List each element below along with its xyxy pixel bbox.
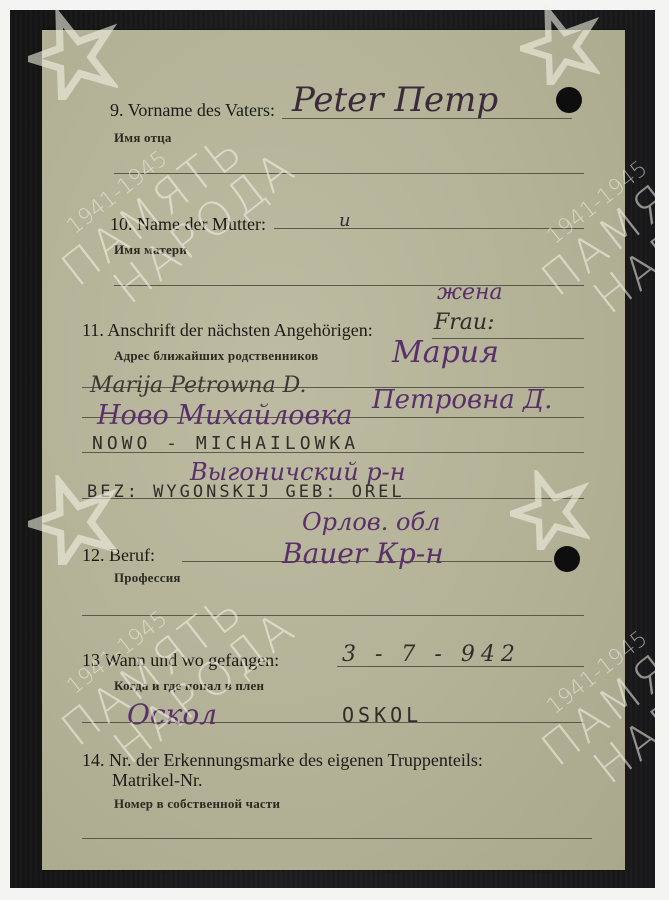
- field-11-label-de: 11. Anschrift der nächsten Angehörigen:: [82, 320, 373, 341]
- field-14-label-de-text: Nr. der Erkennungsmarke des eigenen Trup…: [109, 750, 483, 770]
- field-9-label-de: 9. Vorname des Vaters:: [110, 100, 275, 121]
- field-9-line-2: [114, 173, 584, 174]
- field-12-number: 12.: [82, 545, 105, 565]
- field-11-village-latin: NOWO - MICHAILOWKA: [92, 433, 359, 454]
- field-10-label-de-text: Name der Mutter:: [137, 214, 266, 234]
- field-9-label-de-text: Vorname des Vaters:: [128, 100, 275, 120]
- field-11-name-latin: Marija Petrowna D.: [90, 373, 307, 398]
- field-12-line-2: [82, 615, 584, 616]
- field-14-label-de-2: Matrikel-Nr.: [112, 770, 202, 791]
- field-11-first-name: Мария: [392, 335, 499, 370]
- perforated-edge: [621, 30, 629, 870]
- field-14-line: [82, 838, 592, 839]
- field-11-patronymic: Петровна Д.: [372, 385, 552, 415]
- field-10-handwritten-value: и: [339, 210, 351, 231]
- field-13-number: 13: [82, 650, 100, 670]
- field-10-number: 10.: [110, 214, 133, 234]
- field-12-handwritten-value: Bauer Кр-н: [282, 537, 444, 570]
- field-9-number: 9.: [110, 100, 124, 120]
- punch-hole-middle: [554, 546, 580, 572]
- field-14-number: 14.: [82, 750, 105, 770]
- field-11-number: 11.: [82, 320, 104, 340]
- field-13-label-de: 13 Wann und wo gefangen:: [82, 650, 279, 671]
- field-11-district-latin: BEZ: WYGONSKIJ GEB: OREL: [87, 482, 405, 502]
- field-12-label-de: 12. Beruf:: [82, 545, 155, 566]
- field-13-label-ru: Когда и где попал в плен: [114, 678, 264, 694]
- field-9-handwritten-value: Peter Петр: [292, 80, 498, 120]
- field-12-label-ru: Профессия: [114, 570, 181, 586]
- punch-hole-top: [556, 87, 582, 113]
- field-14-label-ru: Номер в собственной части: [114, 796, 280, 812]
- field-12-label-de-text: Beruf:: [109, 545, 155, 565]
- field-14-label-de: 14. Nr. der Erkennungsmarke des eigenen …: [82, 750, 483, 771]
- field-11-note-frau: Frau:: [434, 310, 494, 335]
- field-13-place-cyrillic: Оскол: [127, 698, 217, 731]
- field-13-place-latin: OSKOL: [342, 703, 422, 727]
- field-11-label-ru: Адрес ближайших родственников: [114, 348, 318, 364]
- field-10-label-ru: Имя матери: [114, 242, 187, 258]
- field-10-label-de: 10. Name der Mutter:: [110, 214, 266, 235]
- field-13-date: 3 - 7 - 942: [342, 642, 521, 667]
- field-10-line-2: [114, 285, 584, 286]
- field-13-label-de-text: Wann und wo gefangen:: [104, 650, 279, 670]
- field-11-village-cyrillic: Ново Михайловка: [97, 400, 353, 431]
- field-11-region: Орлов. обл: [302, 508, 440, 536]
- field-11-note-wife: жена: [437, 280, 503, 305]
- field-10-line-1: [274, 228, 584, 229]
- document-card: 9. Vorname des Vaters: Имя отца Peter Пе…: [42, 30, 625, 870]
- field-9-label-ru: Имя отца: [114, 130, 172, 146]
- field-11-label-de-text: Anschrift der nächsten Angehörigen:: [107, 320, 372, 340]
